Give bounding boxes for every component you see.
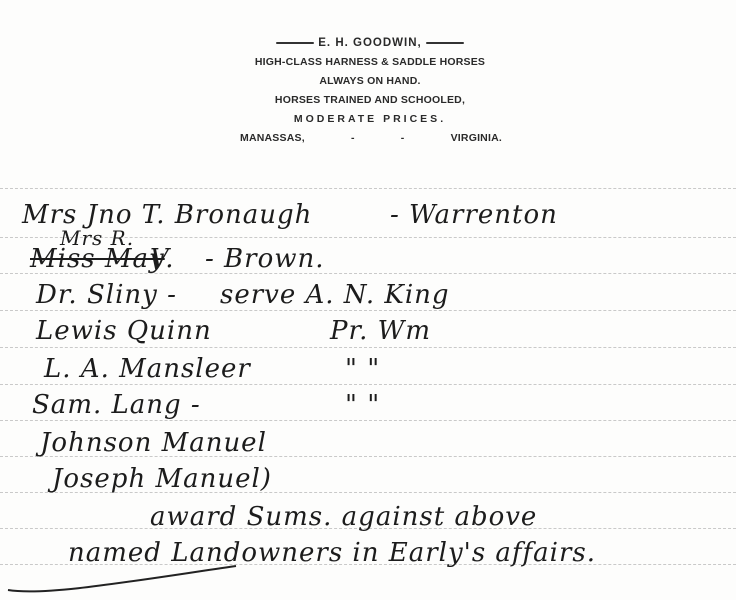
- entry-name: Sam. Lang -: [32, 390, 201, 420]
- ruled-line: [0, 347, 736, 348]
- letterhead-state: VIRGINIA.: [451, 129, 502, 148]
- letterhead-line-3: HORSES TRAINED AND SCHOOLED,: [220, 91, 520, 110]
- entry-place: Pr. Wm: [330, 316, 431, 346]
- entry-place: serve A. N. King: [220, 280, 450, 310]
- letterhead-name: E. H. GOODWIN,: [318, 37, 421, 49]
- entry-name: Lewis Quinn: [36, 316, 212, 346]
- letterhead-line-4: MODERATE PRICES.: [220, 110, 520, 129]
- letterhead-sep: -: [401, 129, 405, 148]
- entry-place: - Brown.: [205, 244, 325, 274]
- note-line-1: award Sums. against above: [150, 502, 537, 532]
- entry-name: V.: [150, 244, 175, 274]
- entry-place: " ": [345, 354, 380, 384]
- flourish-right-icon: [426, 42, 464, 44]
- entry-name: Joseph Manuel): [52, 464, 272, 494]
- flourish-left-icon: [276, 42, 314, 44]
- letterhead-line-2: ALWAYS ON HAND.: [220, 72, 520, 91]
- letterhead-address: MANASSAS, - - VIRGINIA.: [220, 129, 520, 148]
- ruled-line: [0, 188, 736, 189]
- entry-struck-name: Miss May: [30, 244, 165, 274]
- letterhead-sep: -: [351, 129, 355, 148]
- ruled-line: [0, 310, 736, 311]
- entry-name: Johnson Manuel: [40, 428, 267, 458]
- letterhead: E. H. GOODWIN, HIGH-CLASS HARNESS & SADD…: [220, 34, 520, 148]
- entry-name: L. A. Mansleer: [44, 354, 251, 384]
- letterhead-name-row: E. H. GOODWIN,: [220, 34, 520, 53]
- letterhead-city: MANASSAS,: [240, 129, 305, 148]
- entry-name: Dr. Sliny -: [36, 280, 177, 310]
- entry-place: - Warrenton: [390, 200, 558, 230]
- underline-swoosh-icon: [6, 560, 246, 596]
- ruled-line: [0, 384, 736, 385]
- entry-place: " ": [345, 390, 380, 420]
- ruled-line: [0, 420, 736, 421]
- letter-page: E. H. GOODWIN, HIGH-CLASS HARNESS & SADD…: [0, 0, 736, 600]
- letterhead-line-1: HIGH-CLASS HARNESS & SADDLE HORSES: [220, 53, 520, 72]
